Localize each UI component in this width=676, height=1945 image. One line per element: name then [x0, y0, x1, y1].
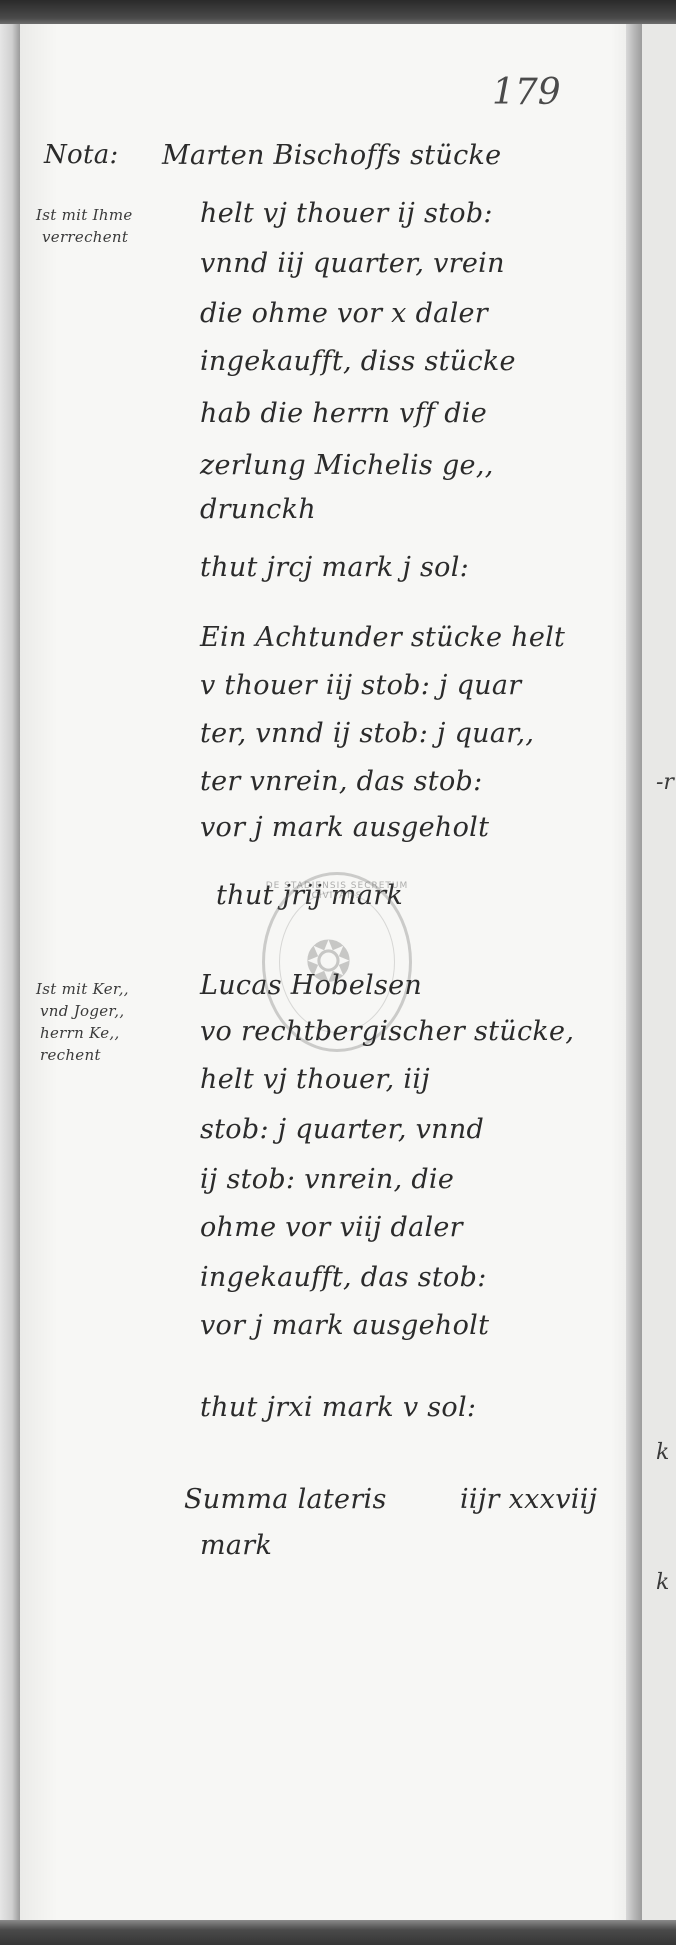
scan-bottom-edge: [0, 1920, 676, 1945]
summa-value: iijr xxxviij: [460, 1484, 597, 1515]
adjacent-page-mark-3: k: [656, 1570, 669, 1595]
margin-note-2-line-1: Ist mit Ker,,: [36, 980, 129, 998]
entry-3-total: thut jrxi mark v sol:: [200, 1392, 476, 1423]
entry-1-total: thut jrcj mark j sol:: [200, 552, 469, 583]
page-number: 179: [492, 72, 561, 113]
adjacent-page-mark-1: -r: [656, 770, 674, 795]
entry-3-line-2: vo rechtbergischer stücke,: [200, 1016, 574, 1047]
entry-3-line-3: helt vj thouer, iij: [200, 1064, 430, 1095]
nota-label: Nota:: [44, 140, 119, 170]
margin-note-2-line-2: vnd Joger,,: [40, 1002, 124, 1020]
margin-note-2-line-3: herrn Ke,,: [40, 1024, 120, 1042]
adjacent-page-edge: [642, 24, 676, 1924]
binding-left-strip: [0, 24, 20, 1924]
page-gutter: [626, 24, 642, 1924]
entry-2-line-3: ter, vnnd ij stob: j quar,,: [200, 718, 534, 749]
margin-note-1-line-1: Ist mit Ihme: [36, 206, 133, 224]
entry-3-line-1: Lucas Hobelsen: [200, 970, 422, 1001]
entry-2-line-4: ter vnrein, das stob:: [200, 766, 483, 797]
seal-legend: DE STADIENSIS SECRETUM CIVITATIS: [265, 881, 409, 901]
entry-3-line-6: ohme vor viij daler: [200, 1212, 463, 1243]
entry-1-line-2: helt vj thouer ij stob:: [200, 198, 493, 229]
entry-1-line-1: Marten Bischoffs stücke: [162, 140, 501, 171]
entry-1-line-7: zerlung Michelis ge,,: [200, 450, 494, 481]
entry-1-line-6: hab die herrn vff die: [200, 398, 487, 429]
entry-1-line-4: die ohme vor x daler: [200, 298, 488, 329]
entry-2-line-1: Ein Achtunder stücke helt: [200, 622, 565, 653]
adjacent-page-mark-2: k: [656, 1440, 669, 1465]
entry-3-line-7: ingekaufft, das stob:: [200, 1262, 487, 1293]
entry-1-line-5: ingekaufft, diss stücke: [200, 346, 516, 377]
entry-1-line-8: drunckh: [200, 494, 316, 525]
scan-top-edge: [0, 0, 676, 26]
entry-2-line-5: vor j mark ausgeholt: [200, 812, 489, 843]
entry-2-line-2: v thouer iij stob: j quar: [200, 670, 521, 701]
entry-3-line-8: vor j mark ausgeholt: [200, 1310, 489, 1341]
entry-3-line-5: ij stob: vnrein, die: [200, 1164, 454, 1195]
summa-unit: mark: [200, 1530, 272, 1561]
entry-3-line-4: stob: j quarter, vnnd: [200, 1114, 484, 1145]
margin-note-2-line-4: rechent: [40, 1046, 101, 1064]
margin-note-1-line-2: verrechent: [42, 228, 128, 246]
entry-1-line-3: vnnd iij quarter, vrein: [200, 248, 505, 279]
summa-label: Summa lateris: [184, 1484, 387, 1515]
